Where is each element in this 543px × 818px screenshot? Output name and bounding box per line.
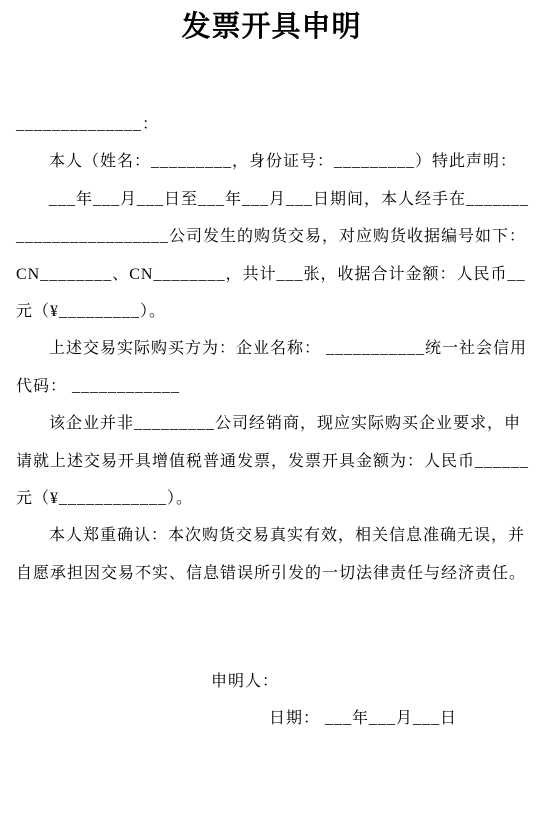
line-declarant-identity: 本人（姓名：_________，身份证号：_________）特此声明： (16, 143, 527, 180)
line-credit-code: 代码： ____________ (16, 368, 527, 405)
line-liability: 自愿承担因交易不实、信息错误所引发的一切法律责任与经济责任。 (16, 555, 527, 592)
line-receipt-total-amount: 元（¥_________）。 (16, 293, 527, 330)
line-transaction-period: ___年___月___日至___年___月___日期间，本人经手在_______ (16, 181, 527, 218)
line-actual-buyer: 上述交易实际购买方为：企业名称： ___________统一社会信用 (16, 330, 527, 367)
line-confirmation: 本人郑重确认：本次购货交易真实有效，相关信息准确无误，并 (16, 517, 527, 554)
line-invoice-request: 请就上述交易开具增值税普通发票，发票开具金额为：人民币______ (16, 443, 527, 480)
line-not-distributor: 该企业并非_________公司经销商，现应实际购买企业要求，申 (16, 405, 527, 442)
document-body: ______________： 本人（姓名：_________，身份证号：___… (16, 106, 527, 592)
signature-block: 申明人： 日期： ___年___月___日 (0, 663, 543, 738)
date-line: 日期： ___年___月___日 (0, 700, 543, 737)
line-receipt-numbers: CN________、CN________，共计___张，收据合计金额：人民币_… (16, 256, 527, 293)
declarant-label: 申明人： (0, 663, 543, 700)
line-invoice-amount: 元（¥____________）。 (16, 480, 527, 517)
document-page: 发票开具申明 ______________： 本人（姓名：_________，身… (0, 0, 543, 818)
line-salutation-blank: ______________： (16, 106, 527, 143)
line-company-receipt-intro: _________________公司发生的购货交易，对应购货收据编号如下： (16, 218, 527, 255)
document-title: 发票开具申明 (0, 0, 543, 44)
